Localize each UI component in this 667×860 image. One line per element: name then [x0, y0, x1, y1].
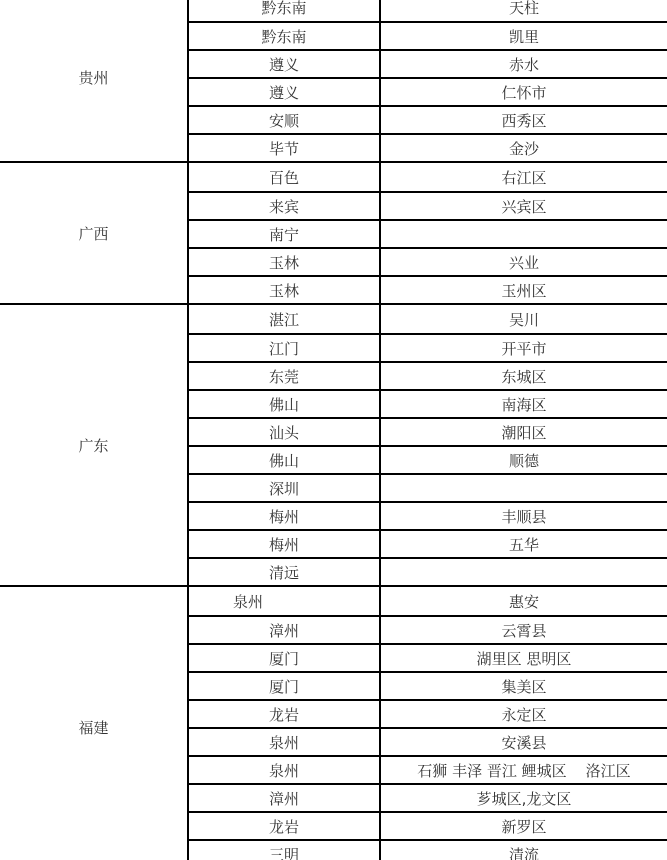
- county-cell: 惠安: [381, 587, 667, 615]
- county-cell: 仁怀市: [381, 79, 667, 105]
- county-cell: 赤水: [381, 51, 667, 77]
- county-cell: 丰顺县: [381, 503, 667, 529]
- table-row: 南宁: [189, 219, 667, 247]
- city-cell: 黔东南: [189, 0, 381, 21]
- county-cell: 右江区: [381, 163, 667, 191]
- city-cell: 遵义: [189, 79, 381, 105]
- table-row: 佛山南海区: [189, 389, 667, 417]
- county-cell: 云霄县: [381, 617, 667, 643]
- city-cell: 清远: [189, 559, 381, 585]
- city-cell: 百色: [189, 163, 381, 191]
- city-cell: 江门: [189, 335, 381, 361]
- county-cell: 吴川: [381, 305, 667, 333]
- table-row: 清远: [189, 557, 667, 585]
- table-row: 来宾兴宾区: [189, 191, 667, 219]
- city-cell: 漳州: [189, 785, 381, 811]
- county-cell: 湖里区 思明区: [381, 645, 667, 671]
- table-row: 遵义仁怀市: [189, 77, 667, 105]
- city-rows: 泉州惠安漳州云霄县厦门湖里区 思明区厦门集美区龙岩永定区泉州安溪县泉州石狮 丰泽…: [187, 587, 667, 860]
- table-row: 三明清流: [189, 839, 667, 860]
- county-cell: 集美区: [381, 673, 667, 699]
- county-cell: [381, 221, 667, 247]
- city-rows: 湛江吴川江门开平市东莞东城区佛山南海区汕头潮阳区佛山顺德深圳梅州丰顺县梅州五华清…: [187, 305, 667, 585]
- city-cell: 龙岩: [189, 813, 381, 839]
- city-cell: 梅州: [189, 503, 381, 529]
- table-row: 江门开平市: [189, 333, 667, 361]
- table-row: 玉林兴业: [189, 247, 667, 275]
- region-table: 贵州黔东南天柱黔东南凯里遵义赤水遵义仁怀市安顺西秀区毕节金沙广西百色右江区来宾兴…: [0, 0, 667, 860]
- city-cell: 厦门: [189, 673, 381, 699]
- city-rows: 黔东南天柱黔东南凯里遵义赤水遵义仁怀市安顺西秀区毕节金沙: [187, 0, 667, 161]
- city-cell: 泉州: [189, 729, 381, 755]
- city-cell: 安顺: [189, 107, 381, 133]
- province-cell: 福建: [0, 587, 187, 860]
- county-cell: 开平市: [381, 335, 667, 361]
- table-row: 佛山顺德: [189, 445, 667, 473]
- city-cell: 泉州: [189, 587, 381, 615]
- county-cell: 金沙: [381, 135, 667, 161]
- table-row: 泉州安溪县: [189, 727, 667, 755]
- county-cell: 永定区: [381, 701, 667, 727]
- city-cell: 黔东南: [189, 23, 381, 49]
- county-cell: 玉州区: [381, 277, 667, 303]
- city-rows: 百色右江区来宾兴宾区南宁玉林兴业玉林玉州区: [187, 163, 667, 303]
- province-cell: 广东: [0, 305, 187, 585]
- county-cell: 顺德: [381, 447, 667, 473]
- city-cell: 佛山: [189, 391, 381, 417]
- county-cell: 凯里: [381, 23, 667, 49]
- county-cell: [381, 559, 667, 585]
- table-row: 百色右江区: [189, 163, 667, 191]
- table-row: 深圳: [189, 473, 667, 501]
- table-row: 龙岩永定区: [189, 699, 667, 727]
- city-cell: 汕头: [189, 419, 381, 445]
- province-group: 广西百色右江区来宾兴宾区南宁玉林兴业玉林玉州区: [0, 161, 667, 303]
- county-cell: 石狮 丰泽 晋江 鲤城区 洛江区: [381, 757, 667, 783]
- city-cell: 三明: [189, 841, 381, 860]
- table-row: 湛江吴川: [189, 305, 667, 333]
- city-cell: 东莞: [189, 363, 381, 389]
- county-cell: 西秀区: [381, 107, 667, 133]
- city-cell: 深圳: [189, 475, 381, 501]
- table-row: 梅州丰顺县: [189, 501, 667, 529]
- city-cell: 厦门: [189, 645, 381, 671]
- county-cell: 天柱: [381, 0, 667, 21]
- city-cell: 遵义: [189, 51, 381, 77]
- province-group: 广东湛江吴川江门开平市东莞东城区佛山南海区汕头潮阳区佛山顺德深圳梅州丰顺县梅州五…: [0, 303, 667, 585]
- county-cell: 兴业: [381, 249, 667, 275]
- table-row: 黔东南凯里: [189, 21, 667, 49]
- city-cell: 漳州: [189, 617, 381, 643]
- table-row: 遵义赤水: [189, 49, 667, 77]
- county-cell: 清流: [381, 841, 667, 860]
- table-row: 厦门集美区: [189, 671, 667, 699]
- city-cell: 龙岩: [189, 701, 381, 727]
- table-row: 梅州五华: [189, 529, 667, 557]
- city-cell: 泉州: [189, 757, 381, 783]
- table-row: 毕节金沙: [189, 133, 667, 161]
- city-cell: 佛山: [189, 447, 381, 473]
- county-cell: 潮阳区: [381, 419, 667, 445]
- county-cell: [381, 475, 667, 501]
- table-row: 泉州惠安: [189, 587, 667, 615]
- city-cell: 梅州: [189, 531, 381, 557]
- city-cell: 玉林: [189, 277, 381, 303]
- table-row: 泉州石狮 丰泽 晋江 鲤城区 洛江区: [189, 755, 667, 783]
- province-group: 福建泉州惠安漳州云霄县厦门湖里区 思明区厦门集美区龙岩永定区泉州安溪县泉州石狮 …: [0, 585, 667, 860]
- county-cell: 五华: [381, 531, 667, 557]
- table-row: 玉林玉州区: [189, 275, 667, 303]
- table-row: 漳州芗城区,龙文区: [189, 783, 667, 811]
- table-row: 龙岩新罗区: [189, 811, 667, 839]
- province-group: 贵州黔东南天柱黔东南凯里遵义赤水遵义仁怀市安顺西秀区毕节金沙: [0, 0, 667, 161]
- city-cell: 玉林: [189, 249, 381, 275]
- city-cell: 毕节: [189, 135, 381, 161]
- city-cell: 来宾: [189, 193, 381, 219]
- county-cell: 芗城区,龙文区: [381, 785, 667, 811]
- province-cell: 广西: [0, 163, 187, 303]
- county-cell: 新罗区: [381, 813, 667, 839]
- city-cell: 南宁: [189, 221, 381, 247]
- table-row: 汕头潮阳区: [189, 417, 667, 445]
- table-row: 黔东南天柱: [189, 0, 667, 21]
- table-row: 东莞东城区: [189, 361, 667, 389]
- county-cell: 兴宾区: [381, 193, 667, 219]
- county-cell: 安溪县: [381, 729, 667, 755]
- county-cell: 南海区: [381, 391, 667, 417]
- city-cell: 湛江: [189, 305, 381, 333]
- province-cell: 贵州: [0, 0, 187, 161]
- table-row: 厦门湖里区 思明区: [189, 643, 667, 671]
- table-row: 漳州云霄县: [189, 615, 667, 643]
- county-cell: 东城区: [381, 363, 667, 389]
- table-row: 安顺西秀区: [189, 105, 667, 133]
